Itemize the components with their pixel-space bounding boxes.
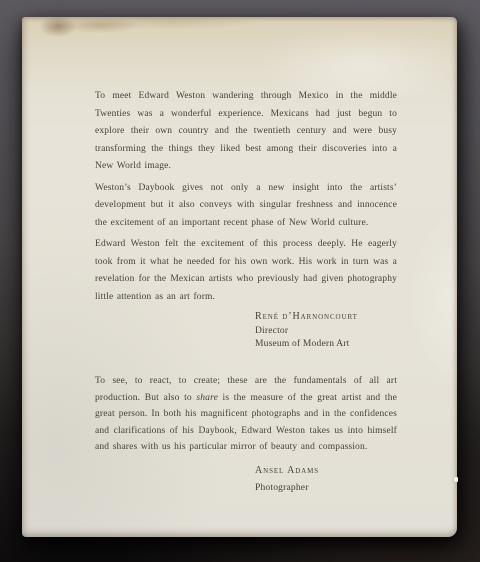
signature-harnoncourt: René d’Harnoncourt Director Museum of Mo…: [255, 311, 397, 351]
blurb-paragraph-3: Edward Weston felt the excitement of thi…: [95, 236, 397, 306]
signature-harnoncourt-name: René d’Harnoncourt: [255, 311, 397, 322]
signature-harnoncourt-role-line1: Director: [255, 325, 397, 338]
signature-adams-name: Ansel Adams: [255, 465, 397, 476]
blurb-paragraph-2: Weston’s Daybook gives not only a new in…: [95, 180, 397, 233]
photo-backdrop: To meet Edward Weston wandering through …: [0, 0, 480, 562]
signature-adams-role: Photographer: [255, 482, 397, 495]
signature-harnoncourt-roles: Director Museum of Modern Art: [255, 325, 397, 351]
signature-adams: Ansel Adams Photographer: [255, 465, 397, 495]
adams-quote-emphasis: share: [196, 393, 218, 403]
blurb-paragraph-adams: To see, to react, to create; these are t…: [95, 373, 397, 456]
signature-harnoncourt-role-line2: Museum of Modern Art: [255, 338, 397, 351]
blurb-paragraph-1: To meet Edward Weston wandering through …: [95, 88, 397, 176]
cover-text-block: To meet Edward Weston wandering through …: [95, 88, 397, 495]
book-back-cover: To meet Edward Weston wandering through …: [22, 17, 457, 537]
paper-flaw-speck: [454, 477, 458, 482]
